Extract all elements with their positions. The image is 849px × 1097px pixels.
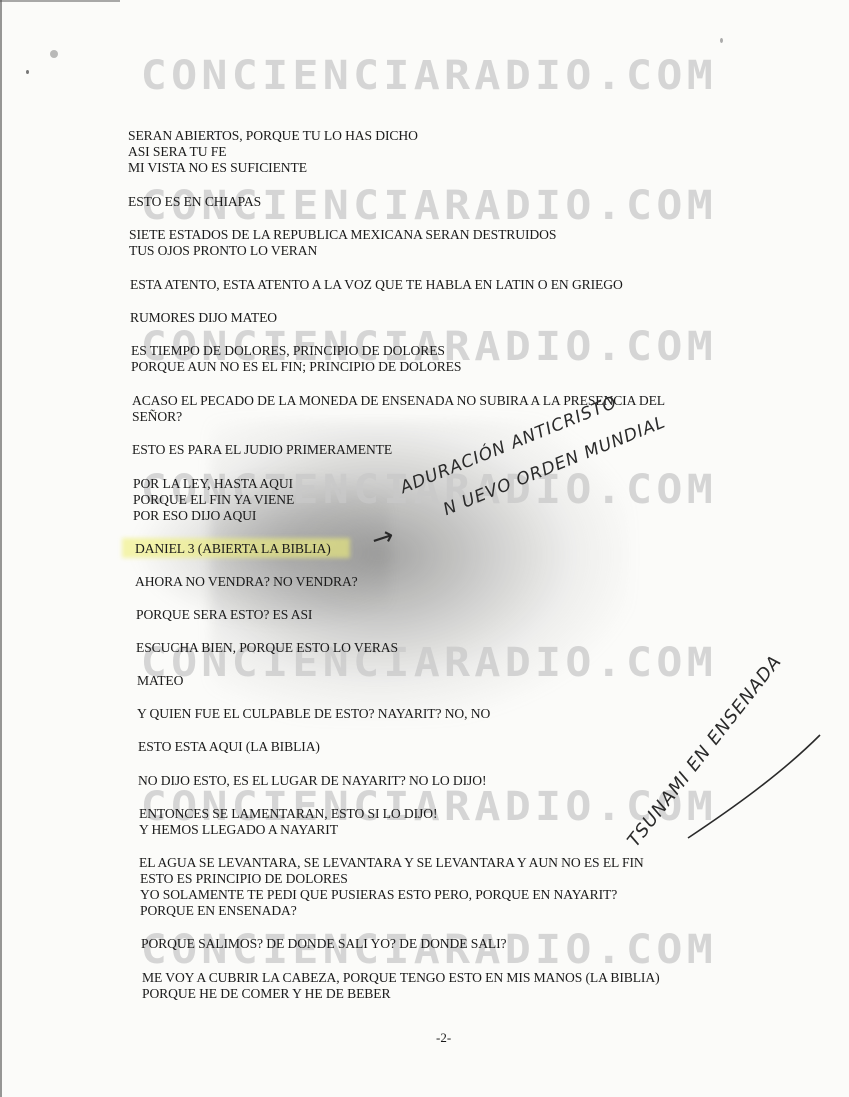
text-line: ME VOY A CUBRIR LA CABEZA, PORQUE TENGO …	[142, 970, 660, 986]
text-line: PORQUE SALIMOS? DE DONDE SALI YO? DE DON…	[141, 936, 506, 952]
text-line: PORQUE EN ENSENADA?	[140, 903, 297, 919]
text-line: ESTO ESTA AQUI (LA BIBLIA)	[138, 739, 320, 755]
text-line: POR LA LEY, HASTA AQUI	[133, 476, 293, 492]
text-line: POR ESO DIJO AQUI	[133, 508, 256, 524]
text-line: PORQUE EL FIN YA VIENE	[133, 492, 294, 508]
watermark: CONCIENCIARADIO.COM	[140, 56, 718, 96]
text-line: ES TIEMPO DE DOLORES, PRINCIPIO DE DOLOR…	[131, 343, 445, 359]
text-line: TUS OJOS PRONTO LO VERAN	[129, 243, 317, 259]
highlighted-text-line: DANIEL 3 (ABIERTA LA BIBLIA)	[135, 541, 331, 557]
text-line: PORQUE HE DE COMER Y HE DE BEBER	[142, 986, 390, 1002]
text-line: SEÑOR?	[132, 409, 182, 425]
text-line: ESCUCHA BIEN, PORQUE ESTO LO VERAS	[136, 640, 398, 656]
scan-edge-left	[0, 0, 2, 1097]
text-line: ASI SERA TU FE	[128, 144, 226, 160]
text-line: YO SOLAMENTE TE PEDI QUE PUSIERAS ESTO P…	[140, 887, 617, 903]
text-line: ESTO ES EN CHIAPAS	[128, 194, 261, 210]
text-line: Y QUIEN FUE EL CULPABLE DE ESTO? NAYARIT…	[137, 706, 490, 722]
handwritten-underline	[680, 730, 830, 845]
text-line: ESTO ES PRINCIPIO DE DOLORES	[140, 871, 348, 887]
scan-edge-top	[0, 0, 120, 2]
text-line: EL AGUA SE LEVANTARA, SE LEVANTARA Y SE …	[139, 855, 644, 871]
scan-speck	[26, 70, 29, 74]
text-line: MATEO	[137, 673, 183, 689]
page-number: -2-	[436, 1030, 451, 1046]
text-line: MI VISTA NO ES SUFICIENTE	[128, 160, 307, 176]
text-line: PORQUE AUN NO ES EL FIN; PRINCIPIO DE DO…	[131, 359, 461, 375]
text-line: NO DIJO ESTO, ES EL LUGAR DE NAYARIT? NO…	[138, 773, 486, 789]
scan-speck	[720, 38, 723, 43]
text-line: Y HEMOS LLEGADO A NAYARIT	[139, 822, 338, 838]
text-line: PORQUE SERA ESTO? ES ASI	[136, 607, 312, 623]
text-line: ENTONCES SE LAMENTARAN, ESTO SI LO DIJO!	[139, 806, 437, 822]
text-line: AHORA NO VENDRA? NO VENDRA?	[135, 574, 358, 590]
text-line: RUMORES DIJO MATEO	[130, 310, 277, 326]
text-line: ESTO ES PARA EL JUDIO PRIMERAMENTE	[132, 442, 392, 458]
scan-speck	[50, 50, 58, 58]
text-line: ESTA ATENTO, ESTA ATENTO A LA VOZ QUE TE…	[130, 277, 623, 293]
text-line: SERAN ABIERTOS, PORQUE TU LO HAS DICHO	[128, 128, 418, 144]
text-line: SIETE ESTADOS DE LA REPUBLICA MEXICANA S…	[129, 227, 556, 243]
